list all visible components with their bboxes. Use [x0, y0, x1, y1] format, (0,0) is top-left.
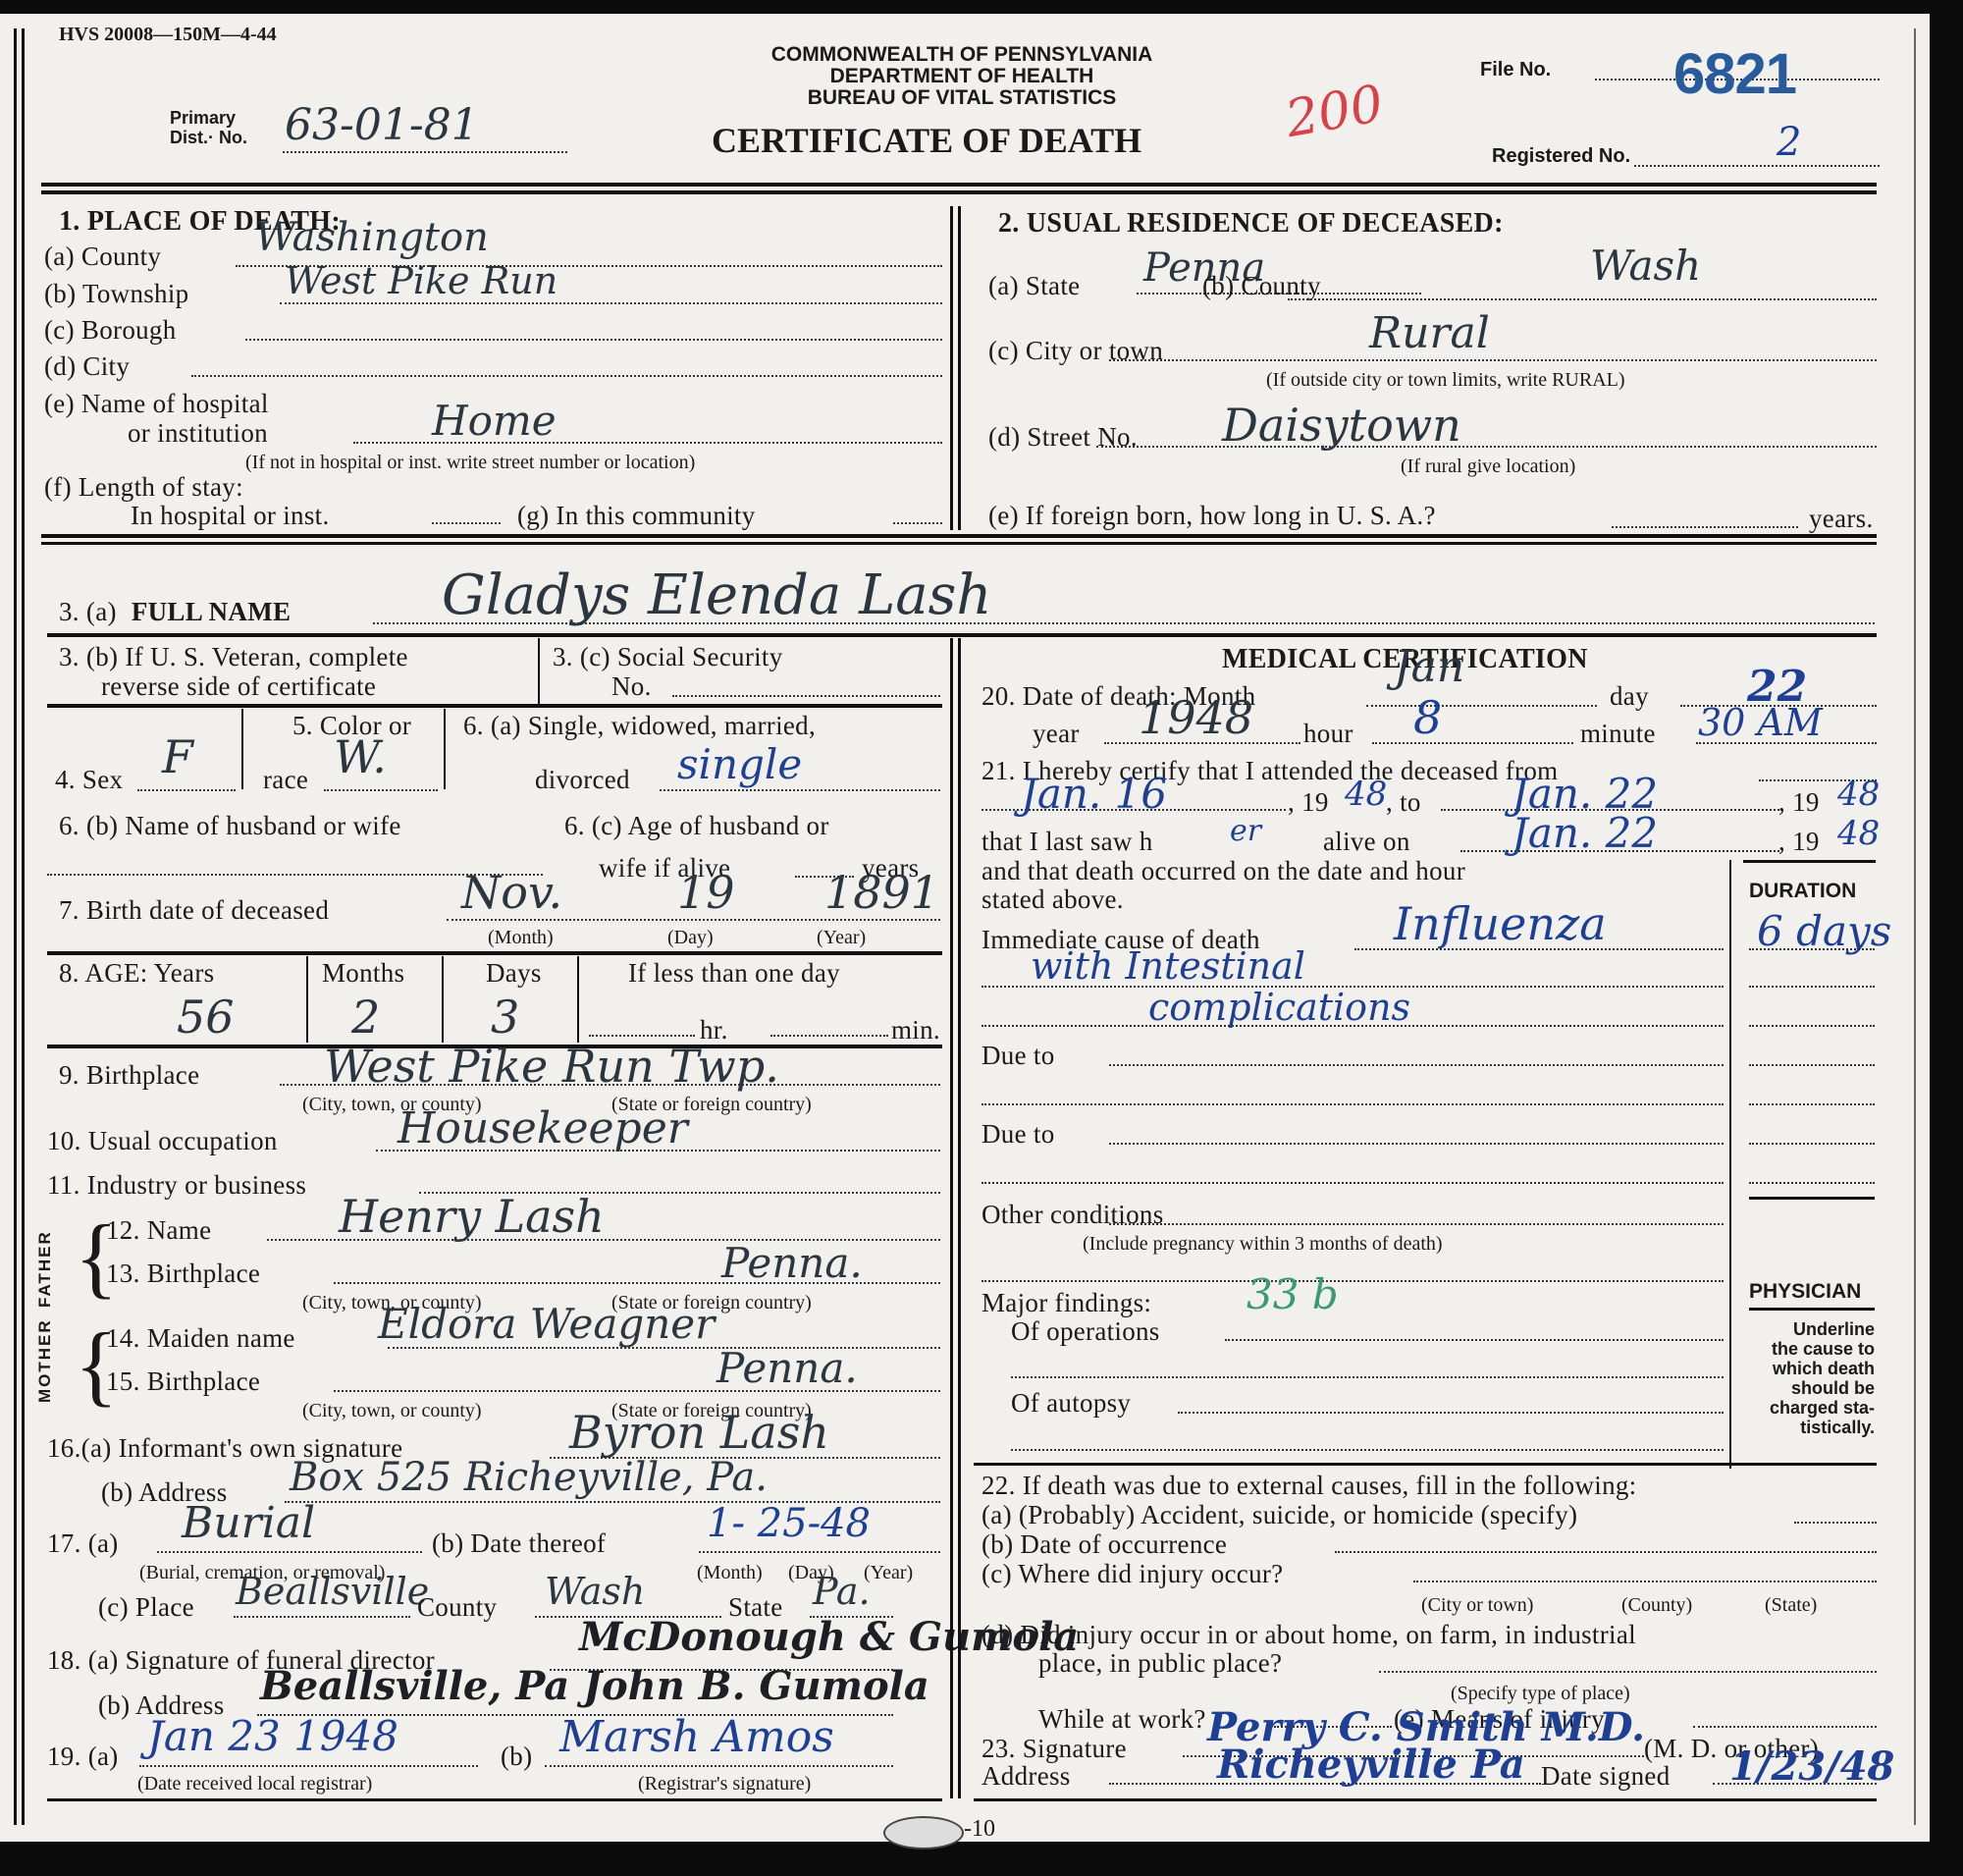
physician-note-line: Underline	[1745, 1319, 1875, 1339]
duration-line-5	[1749, 1103, 1875, 1105]
dist-no-label: Dist.· No.	[170, 128, 247, 147]
place-county-value: Washington	[255, 215, 489, 260]
borough-label: (c) Borough	[44, 315, 177, 346]
occupation-label: 10. Usual occupation	[47, 1126, 278, 1156]
occurred-label-2: stated above.	[981, 884, 1124, 915]
registered-no-value: 2	[1777, 120, 1801, 165]
stay-label: (f) Length of stay:	[44, 472, 243, 503]
father-birthplace-label: 13. Birthplace	[106, 1259, 260, 1289]
res-city-label: (c) City or town	[988, 336, 1163, 366]
place-value: Beallsville	[236, 1570, 429, 1613]
other-conditions-line-2	[981, 1280, 1724, 1282]
hospital-note: (If not in hospital or inst. write stree…	[245, 452, 695, 474]
race-value: W.	[334, 730, 387, 783]
birth-year: 1891	[824, 866, 939, 919]
disposition-date-line	[699, 1551, 940, 1553]
external-c-state-caption: (State)	[1765, 1594, 1817, 1617]
place-state-value: Pa.	[813, 1570, 871, 1613]
industry-label: 11. Industry or business	[47, 1170, 306, 1201]
disposition-value: Burial	[182, 1498, 315, 1548]
res-county-label: (b) County	[1202, 271, 1321, 301]
duration-line-3	[1749, 1025, 1875, 1027]
township-line	[280, 302, 942, 304]
file-no-label: File No.	[1480, 59, 1551, 81]
external-d-label-2: place, in public place?	[1038, 1648, 1282, 1679]
external-c-county-caption: (County)	[1621, 1594, 1692, 1617]
age-label: 8. AGE: Years	[59, 958, 214, 989]
page-title: CERTIFICATE OF DEATH	[712, 120, 1141, 161]
father-side-label: FATHER	[35, 1230, 55, 1308]
primary-dist-label: Primary Dist.· No.	[170, 108, 247, 147]
age-less-label: If less than one day	[628, 958, 840, 989]
hospital-label-2: or institution	[128, 418, 268, 449]
marital-line	[660, 789, 940, 791]
death-certificate-page: HVS 20008—150M—4-44 COMMONWEALTH OF PENN…	[0, 14, 1930, 1842]
county-label: (a) County	[44, 241, 161, 272]
dod-month-value: Jan	[1394, 642, 1464, 692]
age-divider-1	[306, 956, 308, 1043]
birth-date-line	[447, 919, 940, 921]
res-city-value: Rural	[1369, 308, 1490, 358]
occurred-label-1: and that death occurred on the date and …	[981, 856, 1465, 886]
due-to-line-1	[1109, 1064, 1724, 1066]
physician-rule	[1749, 1308, 1875, 1311]
res-street-value: Daisytown	[1222, 399, 1461, 452]
to-label: , to	[1386, 787, 1421, 818]
due-to-line-2b	[981, 1182, 1724, 1184]
res-foreign-line	[1612, 526, 1798, 528]
marital-label-1: 6. (a) Single, widowed, married,	[463, 711, 816, 741]
race-label-2: race	[263, 765, 308, 795]
dod-day-label: day	[1610, 681, 1649, 712]
registrar-date-caption: (Date received local registrar)	[137, 1773, 372, 1796]
external-d-line	[1379, 1671, 1877, 1673]
age-divider-3	[577, 956, 579, 1043]
last-saw-label-1: that I last saw h	[981, 827, 1153, 857]
file-no-stamp: 6821	[1673, 41, 1796, 107]
duration-divider	[1729, 860, 1731, 1469]
other-conditions-line	[1109, 1223, 1724, 1225]
form-code: HVS 20008—150M—4-44	[59, 24, 277, 46]
operations-label: Of operations	[1011, 1316, 1160, 1347]
physician-note: Underline the cause to which death shoul…	[1745, 1319, 1875, 1437]
mother-name-label: 14. Maiden name	[106, 1323, 295, 1354]
union-seal-icon	[883, 1816, 964, 1849]
age-months-label: Months	[322, 958, 404, 989]
birth-date-label: 7. Birth date of deceased	[59, 895, 329, 926]
dod-month-line	[1366, 705, 1597, 707]
stay-community-label: (g) In this community	[517, 501, 756, 531]
marital-value: single	[677, 740, 802, 788]
section-divider-top-1	[950, 206, 953, 530]
hospital-value: Home	[432, 397, 557, 445]
dod-year-value: 1948	[1139, 691, 1253, 744]
full-name-text: FULL NAME	[132, 597, 291, 626]
ssn-rule	[47, 704, 942, 708]
ssn-divider	[538, 638, 540, 707]
veteran-label-1: 3. (b) If U. S. Veteran, complete	[59, 642, 408, 672]
birth-day: 19	[677, 866, 735, 919]
place-county-value: Wash	[545, 1570, 645, 1613]
external-c-city-caption: (City or town)	[1421, 1594, 1533, 1617]
duration-line-7	[1749, 1182, 1875, 1184]
duration-bottom-rule	[1749, 1197, 1875, 1200]
registrar-sig-value: Marsh Amos	[559, 1712, 834, 1762]
sex-value: F	[162, 730, 193, 783]
father-birthplace-value: Penna.	[721, 1239, 863, 1287]
major-findings-label: Major findings:	[981, 1288, 1151, 1318]
duration-line-2	[1749, 986, 1875, 988]
external-a-label: (a) (Probably) Accident, suicide, or hom…	[981, 1500, 1577, 1530]
dod-hour-label: hour	[1303, 719, 1353, 749]
res-city-line	[1109, 359, 1877, 361]
father-name-label: 12. Name	[106, 1215, 211, 1246]
birthplace-value: West Pike Run Twp.	[324, 1040, 779, 1093]
left-border-inner	[22, 28, 25, 1825]
res-street-line	[1096, 446, 1877, 448]
last-saw-label-2: alive on	[1323, 827, 1410, 857]
mother-birthplace-value: Penna.	[716, 1344, 858, 1392]
age-days-label: Days	[486, 958, 542, 989]
race-line	[324, 789, 438, 791]
age-min-line	[770, 1035, 888, 1037]
physician-note-line: the cause to	[1745, 1339, 1875, 1359]
address-label: Address	[981, 1761, 1071, 1792]
header-rule-1	[41, 183, 1877, 187]
external-a-line	[1794, 1522, 1877, 1524]
due-to-label-2: Due to	[981, 1119, 1055, 1150]
disposition-line	[157, 1551, 422, 1553]
ssn-line	[672, 695, 940, 697]
res-county-value: Wash	[1590, 241, 1701, 290]
dod-year-label: year	[1033, 719, 1080, 749]
age-hr-line	[589, 1035, 695, 1037]
physician-note-line: tistically.	[1745, 1418, 1875, 1437]
due-to-line-2	[1109, 1143, 1724, 1145]
section-divider-top-2	[958, 206, 961, 530]
place-county-label: County	[417, 1592, 497, 1623]
attended-to-year-prefix: , 19	[1778, 787, 1820, 818]
borough-line	[245, 339, 942, 341]
header-rule-2	[41, 190, 1877, 194]
external-heading: 22. If death was due to external causes,…	[981, 1471, 1636, 1501]
birth-month: Nov.	[461, 866, 562, 919]
date-signed-label: Date signed	[1541, 1761, 1671, 1792]
duration-top-rule	[1743, 860, 1876, 863]
immediate-cause-value: Influenza	[1394, 897, 1607, 950]
work-label: While at work?	[1038, 1704, 1206, 1735]
dod-minute-value: 30 AM	[1698, 701, 1823, 744]
race-divider	[444, 709, 446, 789]
veteran-label-2: reverse side of certificate	[101, 671, 376, 702]
full-name-label: 3. (a) FULL NAME	[59, 597, 291, 627]
stay-hospital-label: In hospital or inst.	[131, 501, 330, 531]
other-conditions-note: (Include pregnancy within 3 months of de…	[1083, 1233, 1443, 1256]
birth-day-caption: (Day)	[667, 927, 714, 949]
physician-note-line: charged sta-	[1745, 1398, 1875, 1418]
father-name-value: Henry Lash	[339, 1190, 605, 1243]
due-to-label-1: Due to	[981, 1041, 1055, 1071]
mother-city-caption: (City, town, or county)	[302, 1400, 482, 1422]
full-name-number: 3. (a)	[59, 597, 117, 626]
full-name-rule	[47, 633, 1877, 637]
registrar-label: 19. (a)	[47, 1742, 119, 1772]
agency-line-3: BUREAU OF VITAL STATISTICS	[726, 86, 1197, 110]
last-saw-date: Jan. 22	[1512, 809, 1658, 857]
agency-line-1: COMMONWEALTH OF PENNSYLVANIA	[726, 43, 1197, 67]
registrar-date-line	[139, 1765, 478, 1767]
township-label: (b) Township	[44, 279, 188, 309]
city-line	[191, 375, 942, 377]
operations-line	[1225, 1339, 1724, 1341]
age-days-value: 3	[491, 991, 519, 1044]
primary-label: Primary	[170, 108, 247, 128]
right-edge	[1914, 28, 1916, 1825]
birthplace-label: 9. Birthplace	[59, 1060, 199, 1091]
section-rule-1	[41, 534, 1877, 538]
spouse-name-label: 6. (b) Name of husband or wife	[59, 811, 401, 841]
autopsy-line	[1178, 1412, 1724, 1414]
dod-minute-label: minute	[1580, 719, 1656, 749]
red-annotation: 200	[1282, 75, 1388, 149]
physician-note-line: should be	[1745, 1378, 1875, 1398]
birth-year-caption: (Year)	[817, 927, 866, 949]
registrar-sig-label: (b)	[501, 1742, 532, 1772]
disposition-month-caption: (Month)	[697, 1562, 763, 1584]
sex-divider	[241, 709, 243, 789]
last-saw-year: 48	[1837, 814, 1880, 853]
physician-heading: PHYSICIAN	[1749, 1280, 1861, 1304]
res-street-note: (If rural give location)	[1401, 456, 1575, 478]
hospital-label-1: (e) Name of hospital	[44, 389, 269, 419]
usual-residence-heading: 2. USUAL RESIDENCE OF DECEASED:	[998, 208, 1504, 240]
city-label: (d) City	[44, 351, 130, 382]
medical-bottom-rule	[974, 1463, 1877, 1466]
print-code: -10	[964, 1816, 995, 1843]
registrar-sig-line	[545, 1765, 893, 1767]
birth-rule	[47, 951, 942, 955]
dod-hour-value: 8	[1413, 691, 1442, 744]
duration-line-4	[1749, 1064, 1875, 1066]
external-c-label: (c) Where did injury occur?	[981, 1559, 1283, 1589]
cause-line-2-value: with Intestinal	[1031, 944, 1305, 988]
mother-name-value: Eldora Weagner	[378, 1300, 715, 1348]
external-b-label: (b) Date of occurrence	[981, 1529, 1227, 1560]
stay-hospital-line	[432, 522, 501, 524]
external-c-line	[1413, 1581, 1877, 1582]
spouse-age-label-1: 6. (c) Age of husband or	[564, 811, 829, 841]
autopsy-line-2	[1011, 1449, 1724, 1451]
operations-line-2	[1011, 1376, 1724, 1378]
place-label: (c) Place	[98, 1592, 194, 1623]
ssn-label-2: No.	[611, 671, 652, 702]
date-signed-value: 1/23/48	[1729, 1743, 1894, 1790]
full-name-value: Gladys Elenda Lash	[442, 563, 991, 627]
stay-community-line	[893, 522, 942, 524]
res-foreign-unit: years.	[1809, 504, 1874, 534]
central-divider-1	[950, 638, 953, 1798]
cause-line-3-value: complications	[1148, 986, 1410, 1029]
occupation-value: Housekeeper	[398, 1103, 688, 1153]
registered-no-label: Registered No.	[1492, 145, 1630, 168]
marital-label-2: divorced	[535, 765, 630, 795]
age-years-value: 56	[177, 991, 235, 1044]
disposition-date-value: 1- 25-48	[707, 1501, 871, 1546]
res-city-note: (If outside city or town limits, write R…	[1266, 369, 1625, 392]
res-foreign-label: (e) If foreign born, how long in U. S. A…	[988, 501, 1436, 531]
sex-line	[137, 789, 236, 791]
attended-from-year: 48	[1345, 775, 1387, 814]
physician-note-line: which death	[1745, 1359, 1875, 1378]
means-line	[1693, 1726, 1877, 1728]
place-line	[234, 1616, 410, 1618]
address-value: Richeyville Pa	[1217, 1742, 1525, 1788]
left-border-outer	[14, 28, 17, 1825]
age-divider-2	[442, 956, 444, 1043]
code-annotation: 33 b	[1247, 1270, 1339, 1318]
informant-address-value: Box 525 Richeyville, Pa.	[290, 1455, 768, 1500]
attended-from-value: Jan. 16	[1021, 770, 1167, 818]
sex-label: 4. Sex	[55, 765, 123, 795]
disposition-label: 17. (a)	[47, 1528, 119, 1559]
other-conditions-label: Other conditions	[981, 1200, 1164, 1230]
last-saw-pronoun: er	[1230, 814, 1261, 848]
last-saw-year-prefix: , 19	[1778, 827, 1820, 857]
bottom-rule-right	[974, 1798, 1877, 1801]
autopsy-label: Of autopsy	[1011, 1388, 1131, 1419]
attended-to-year: 48	[1837, 775, 1880, 814]
duration-line-6	[1749, 1143, 1875, 1145]
attended-from-year-prefix: , 19	[1288, 787, 1329, 818]
age-months-value: 2	[351, 991, 380, 1044]
external-d-label-1: (d) Did injury occur in or about home, o…	[981, 1620, 1636, 1650]
res-state-label: (a) State	[988, 271, 1080, 301]
registrar-sig-caption: (Registrar's signature)	[638, 1773, 811, 1796]
disposition-year-caption: (Year)	[864, 1562, 913, 1584]
funeral-address-value: Beallsville, Pa John B. Gumola	[260, 1663, 929, 1709]
due-to-line-1b	[981, 1103, 1724, 1105]
res-county-line	[1288, 298, 1877, 300]
ssn-label-1: 3. (c) Social Security	[553, 642, 783, 672]
signature-label: 23. Signature	[981, 1734, 1127, 1764]
central-divider-2	[958, 638, 961, 1798]
section-rule-2	[41, 542, 1877, 545]
res-street-label: (d) Street No.	[988, 422, 1138, 453]
registered-no-line	[1634, 165, 1880, 167]
township-value: West Pike Run	[285, 259, 557, 302]
registrar-date-value: Jan 23 1948	[147, 1712, 398, 1760]
agency-line-2: DEPARTMENT OF HEALTH	[726, 65, 1197, 88]
external-d-caption: (Specify type of place)	[1451, 1683, 1630, 1705]
dod-hour-line	[1372, 742, 1573, 744]
mother-birthplace-label: 15. Birthplace	[106, 1367, 260, 1397]
primary-dist-line	[283, 151, 567, 153]
duration-heading: DURATION	[1749, 880, 1856, 903]
mother-side-label: MOTHER	[35, 1318, 55, 1403]
age-min-label: min.	[891, 1015, 940, 1045]
duration-line-1	[1749, 948, 1875, 950]
bottom-rule-left	[47, 1798, 942, 1801]
informant-value: Byron Lash	[569, 1406, 829, 1459]
birth-month-caption: (Month)	[488, 927, 554, 949]
disposition-date-label: (b) Date thereof	[432, 1528, 606, 1559]
external-b-line	[1335, 1551, 1877, 1553]
primary-dist-value: 63-01-81	[285, 100, 479, 150]
